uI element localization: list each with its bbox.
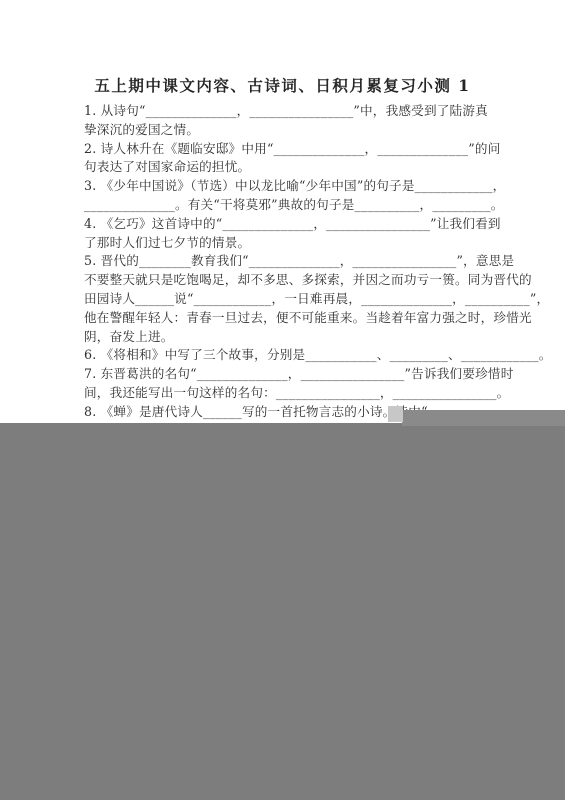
- text-line: 4. 《乞巧》这首诗中的“______________，____________…: [84, 215, 484, 234]
- unrendered-region: [0, 423, 565, 800]
- text-line: 挚深沉的爱国之情。: [84, 121, 484, 140]
- text-line: 句表达了对国家命运的担忧。: [84, 158, 484, 177]
- text-line: 2. 诗人林升在《题临安邸》中用“______________，________…: [84, 140, 484, 159]
- text-line: 5. 晋代的________教育我们“______________，______…: [84, 252, 484, 271]
- document-viewer: 五上期中课文内容、古诗词、日积月累复习小测 1 1. 从诗句“_________…: [0, 0, 565, 800]
- render-artifact-band: [402, 410, 565, 426]
- text-line: 田园诗人______说“____________，一日难再晨，_________…: [84, 290, 484, 309]
- text-line: 3. 《少年中国说》（节选）中以龙比喻“少年中国”的句子是___________…: [84, 177, 484, 196]
- text-line: 6. 《将相和》中写了三个故事，分别是___________、_________…: [84, 346, 484, 365]
- text-line: 1. 从诗句“______________，________________”中…: [84, 102, 484, 121]
- text-line: 阴，奋发上进。: [84, 328, 484, 347]
- render-artifact-square: [388, 406, 403, 422]
- page-title: 五上期中课文内容、古诗词、日积月累复习小测 1: [0, 74, 565, 96]
- text-line: ______________。有关“干将莫邪”典故的句子是__________，…: [84, 196, 484, 215]
- text-line: 7. 东晋葛洪的名句“______________，______________…: [84, 365, 484, 384]
- text-line: 间，我还能写出一句这样的名句：________________，________…: [84, 384, 484, 403]
- text-line: 他在警醒年轻人：青春一旦过去，便不可能重来。当趁着年富力强之时，珍惜光: [84, 309, 484, 328]
- text-line: 了那时人们过七夕节的情景。: [84, 234, 484, 253]
- text-line: 不要整天就只是吃饱喝足，却不多思、多探索，并因之而功亏一篑。同为晋代的: [84, 271, 484, 290]
- worksheet-body: 1. 从诗句“______________，________________”中…: [84, 102, 484, 422]
